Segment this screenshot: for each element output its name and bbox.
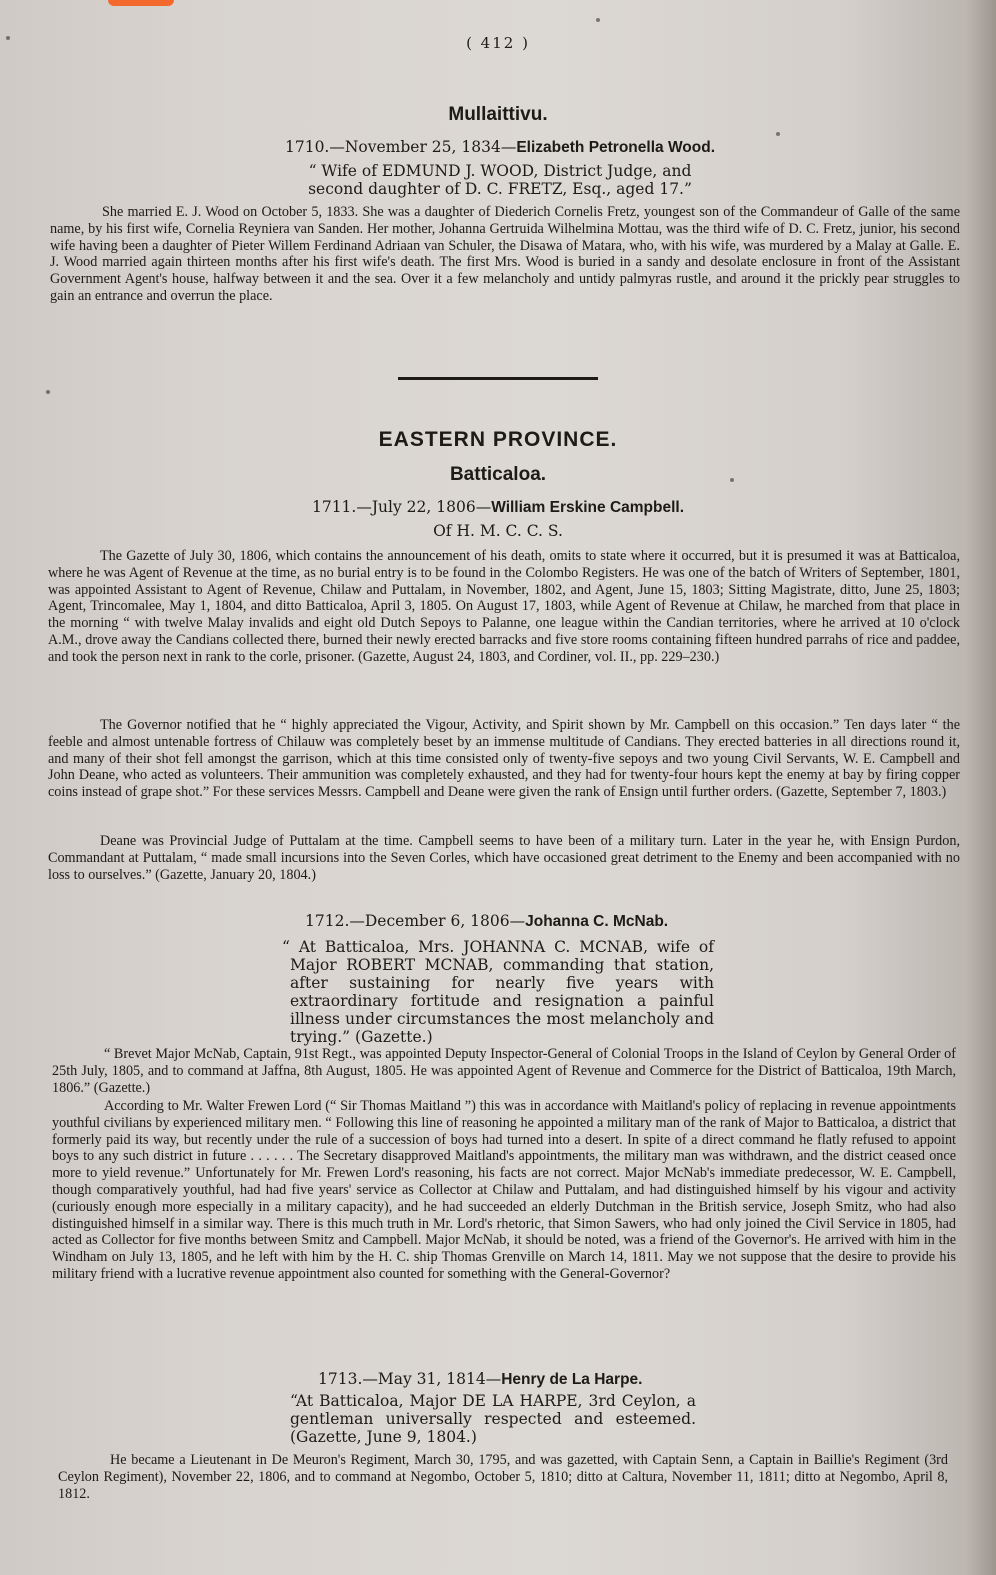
entry-1713-number-date: 1713.—May 31, 1814— xyxy=(318,1370,501,1388)
entry-1712-para2: According to Mr. Walter Frewen Lord (“ S… xyxy=(52,1098,956,1283)
entry-1711-subtitle: Of H. M. C. C. S. xyxy=(0,522,996,540)
orange-bookmark-tab xyxy=(108,0,174,6)
entry-1710-quote-line2: second daughter of D. C. FRETZ, Esq., ag… xyxy=(180,180,820,198)
entry-1710-body: She married E. J. Wood on October 5, 183… xyxy=(50,204,960,305)
entry-1712-heading: 1712.—December 6, 1806—Johanna C. McNab. xyxy=(305,912,745,931)
entry-1712-number-date: 1712.—December 6, 1806— xyxy=(305,912,525,930)
entry-1710-quote: “ Wife of EDMUND J. WOOD, District Judge… xyxy=(180,162,820,198)
paper-spot xyxy=(46,390,50,394)
section-divider-rule xyxy=(398,377,598,380)
district-heading-batticaloa: Batticaloa. xyxy=(0,464,996,486)
entry-1713-quote: “At Batticaloa, Major DE LA HARPE, 3rd C… xyxy=(290,1392,696,1446)
entry-1710-quote-line1: “ Wife of EDMUND J. WOOD, District Judge… xyxy=(180,162,820,180)
section-heading-mullaittivu: Mullaittivu. xyxy=(0,104,996,126)
entry-1713-para1: He became a Lieutenant in De Meuron's Re… xyxy=(58,1452,948,1502)
entry-1711-para1: The Gazette of July 30, 1806, which cont… xyxy=(48,548,960,666)
entry-1710-number-date: 1710.—November 25, 1834— xyxy=(285,138,516,156)
province-heading: EASTERN PROVINCE. xyxy=(0,428,996,452)
paper-spot xyxy=(596,18,600,22)
entry-1711-number-date: 1711.—July 22, 1806— xyxy=(312,498,491,516)
entry-1711-heading: 1711.—July 22, 1806—William Erskine Camp… xyxy=(150,498,846,517)
entry-1712-name: Johanna C. McNab. xyxy=(525,913,668,930)
entry-1712-quote: “ At Batticaloa, Mrs. JOHANNA C. MCNAB, … xyxy=(282,938,714,1046)
entry-1711-name: William Erskine Campbell. xyxy=(491,499,684,516)
entry-1710-name: Elizabeth Petronella Wood. xyxy=(516,139,715,156)
entry-1711-para2: The Governor notified that he “ highly a… xyxy=(48,717,960,801)
entry-1710-heading: 1710.—November 25, 1834—Elizabeth Petron… xyxy=(180,138,820,157)
paper-spot xyxy=(776,132,780,136)
entry-1713-heading: 1713.—May 31, 1814—Henry de La Harpe. xyxy=(318,1370,738,1389)
entry-1711-para3: Deane was Provincial Judge of Puttalam a… xyxy=(48,833,960,883)
entry-1713-name: Henry de La Harpe. xyxy=(501,1371,642,1388)
entry-1712-para1: “ Brevet Major McNab, Captain, 91st Regt… xyxy=(52,1046,956,1096)
page-number: ( 412 ) xyxy=(0,34,996,52)
